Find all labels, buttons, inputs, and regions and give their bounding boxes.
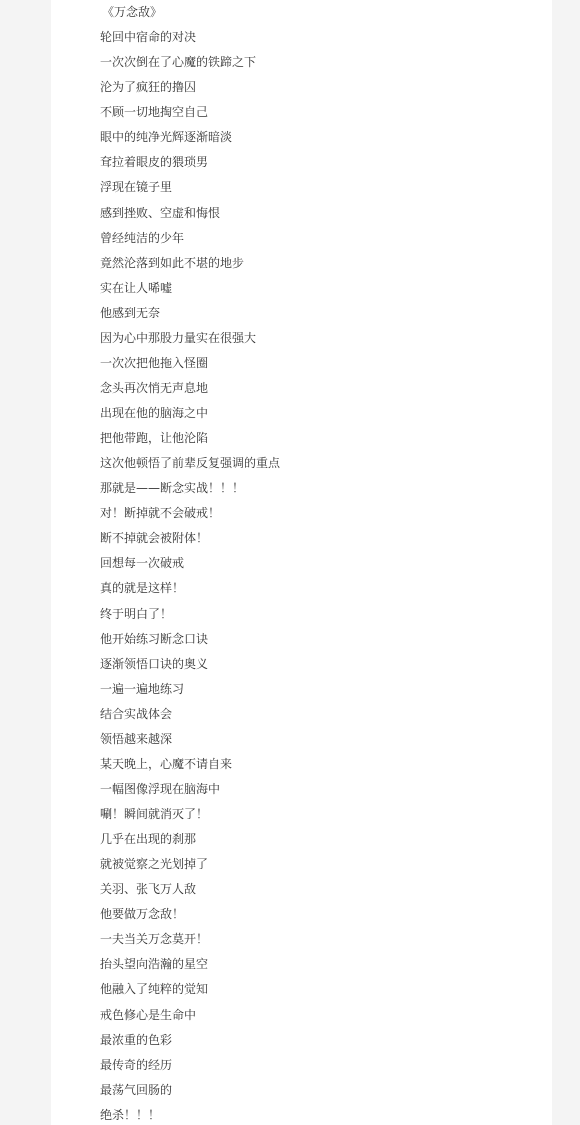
poem-line: 领悟越来越深 bbox=[100, 727, 280, 752]
poem-line: 某天晚上，心魔不请自来 bbox=[100, 752, 280, 777]
poem-line: 沦为了疯狂的撸囚 bbox=[100, 75, 280, 100]
poem-line: 这次他顿悟了前辈反复强调的重点 bbox=[100, 451, 280, 476]
poem-line: 终于明白了！ bbox=[100, 602, 280, 627]
poem-line: 唰！瞬间就消灭了！ bbox=[100, 802, 280, 827]
poem-line: 关羽、张飞万人敌 bbox=[100, 877, 280, 902]
poem-line: 那就是——断念实战！！！ bbox=[100, 476, 280, 501]
poem-line: 他感到无奈 bbox=[100, 301, 280, 326]
poem-line: 实在让人唏嘘 bbox=[100, 276, 280, 301]
poem-line: 结合实战体会 bbox=[100, 702, 280, 727]
poem-line: 眼中的纯净光辉逐渐暗淡 bbox=[100, 125, 280, 150]
poem-line: 断不掉就会被附体！ bbox=[100, 526, 280, 551]
poem-line: 一次次把他拖入怪圈 bbox=[100, 351, 280, 376]
poem-line: 耷拉着眼皮的猥琐男 bbox=[100, 150, 280, 175]
poem-line: 回想每一次破戒 bbox=[100, 551, 280, 576]
poem-line: 最浓重的色彩 bbox=[100, 1028, 280, 1053]
poem-line: 把他带跑，让他沦陷 bbox=[100, 426, 280, 451]
poem-line: 因为心中那股力量实在很强大 bbox=[100, 326, 280, 351]
poem-line: 真的就是这样！ bbox=[100, 576, 280, 601]
poem-line: 一夫当关万念莫开！ bbox=[100, 927, 280, 952]
poem-title: 《万念敌》 bbox=[102, 0, 280, 25]
poem-line: 竟然沦落到如此不堪的地步 bbox=[100, 251, 280, 276]
document-page: 《万念敌》 轮回中宿命的对决一次次倒在了心魔的铁蹄之下沦为了疯狂的撸囚不顾一切地… bbox=[51, 0, 552, 1125]
poem-line: 几乎在出现的刹那 bbox=[100, 827, 280, 852]
poem-line: 最荡气回肠的 bbox=[100, 1078, 280, 1103]
poem-line: 绝杀！！！ bbox=[100, 1103, 280, 1125]
poem-line: 戒色修心是生命中 bbox=[100, 1003, 280, 1028]
poem-body: 《万念敌》 轮回中宿命的对决一次次倒在了心魔的铁蹄之下沦为了疯狂的撸囚不顾一切地… bbox=[100, 0, 280, 1125]
poem-line: 一遍一遍地练习 bbox=[100, 677, 280, 702]
poem-line: 曾经纯洁的少年 bbox=[100, 226, 280, 251]
poem-line: 感到挫败、空虚和悔恨 bbox=[100, 201, 280, 226]
poem-line: 对！断掉就不会破戒！ bbox=[100, 501, 280, 526]
poem-line: 他开始练习断念口诀 bbox=[100, 627, 280, 652]
poem-line: 念头再次悄无声息地 bbox=[100, 376, 280, 401]
poem-line: 他融入了纯粹的觉知 bbox=[100, 977, 280, 1002]
poem-line: 最传奇的经历 bbox=[100, 1053, 280, 1078]
poem-line: 一幅图像浮现在脑海中 bbox=[100, 777, 280, 802]
poem-line: 不顾一切地掏空自己 bbox=[100, 100, 280, 125]
poem-line: 他要做万念敌！ bbox=[100, 902, 280, 927]
poem-line: 抬头望向浩瀚的星空 bbox=[100, 952, 280, 977]
poem-line: 逐渐领悟口诀的奥义 bbox=[100, 652, 280, 677]
poem-line: 一次次倒在了心魔的铁蹄之下 bbox=[100, 50, 280, 75]
poem-line: 浮现在镜子里 bbox=[100, 175, 280, 200]
poem-line: 就被觉察之光划掉了 bbox=[100, 852, 280, 877]
poem-line: 出现在他的脑海之中 bbox=[100, 401, 280, 426]
poem-line: 轮回中宿命的对决 bbox=[100, 25, 280, 50]
